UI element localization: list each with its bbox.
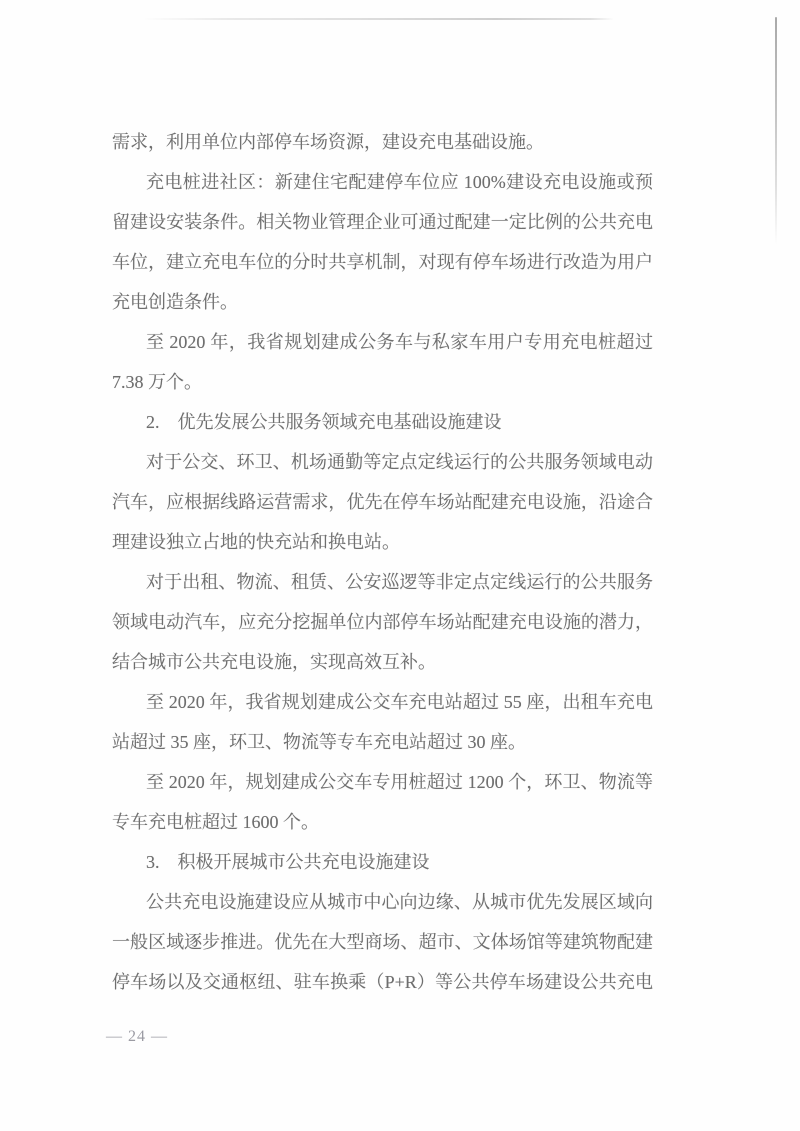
scan-artifact-horizontal-line	[142, 18, 614, 20]
text-line: 专车充电桩超过 1600 个。	[112, 802, 653, 842]
text-line: 停车场以及交通枢纽、驻车换乘（P+R）等公共停车场建设公共充电	[112, 962, 653, 1002]
page-number: — 24 —	[106, 1027, 168, 1047]
scan-artifact-vertical-line	[775, 17, 777, 245]
text-line: 理建设独立占地的快充站和换电站。	[112, 522, 653, 562]
text-line: 充电桩进社区：新建住宅配建停车位应 100%建设充电设施或预	[112, 162, 653, 202]
text-line: 站超过 35 座，环卫、物流等专车充电站超过 30 座。	[112, 722, 653, 762]
text-line: 公共充电设施建设应从城市中心向边缘、从城市优先发展区域向	[112, 882, 653, 922]
text-line: 至 2020 年，规划建成公交车专用桩超过 1200 个，环卫、物流等	[112, 762, 653, 802]
text-line: 车位，建立充电车位的分时共享机制，对现有停车场进行改造为用户	[112, 242, 653, 282]
text-line: 对于出租、物流、租赁、公安巡逻等非定点定线运行的公共服务	[112, 562, 653, 602]
text-line: 对于公交、环卫、机场通勤等定点定线运行的公共服务领域电动	[112, 442, 653, 482]
text-line: 领域电动汽车，应充分挖掘单位内部停车场站配建充电设施的潜力，	[112, 602, 653, 642]
document-text-block: 需求，利用单位内部停车场资源，建设充电基础设施。充电桩进社区：新建住宅配建停车位…	[112, 122, 653, 1002]
text-line: 结合城市公共充电设施，实现高效互补。	[112, 642, 653, 682]
text-line: 充电创造条件。	[112, 282, 653, 322]
text-line: 一般区域逐步推进。优先在大型商场、超市、文体场馆等建筑物配建	[112, 922, 653, 962]
text-line: 3. 积极开展城市公共充电设施建设	[112, 842, 653, 882]
text-line: 7.38 万个。	[112, 362, 653, 402]
text-line: 留建设安装条件。相关物业管理企业可通过配建一定比例的公共充电	[112, 202, 653, 242]
text-line: 需求，利用单位内部停车场资源，建设充电基础设施。	[112, 122, 653, 162]
text-line: 至 2020 年，我省规划建成公务车与私家车用户专用充电桩超过	[112, 322, 653, 362]
text-line: 至 2020 年，我省规划建成公交车充电站超过 55 座，出租车充电	[112, 682, 653, 722]
text-line: 汽车，应根据线路运营需求，优先在停车场站配建充电设施，沿途合	[112, 482, 653, 522]
text-line: 2. 优先发展公共服务领域充电基础设施建设	[112, 402, 653, 442]
